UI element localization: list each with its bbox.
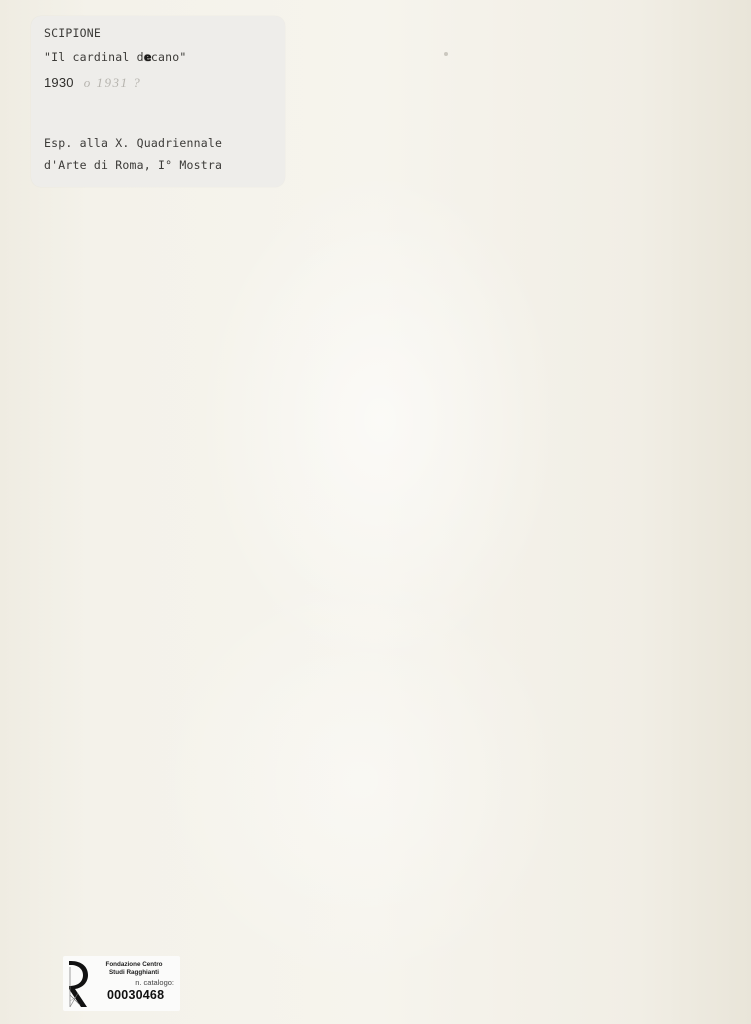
artwork-title: "Il cardinal decano"	[44, 50, 186, 64]
stamp-organization-line-1: Fondazione Centro	[93, 961, 175, 969]
photo-verso-page: SCIPIONE "Il cardinal decano" 1930o 1931…	[0, 0, 751, 1024]
paper-speck	[444, 52, 448, 56]
catalog-number: 00030468	[107, 988, 164, 1002]
artwork-year-line: 1930o 1931 ?	[44, 75, 141, 91]
artwork-title-prefix: "Il cardinal d	[44, 50, 144, 64]
catalog-stamp: Fondazione Centro Studi Ragghianti n. ca…	[63, 956, 180, 1011]
typewriter-overstrike: e	[144, 50, 151, 64]
ragghianti-r-logo-icon	[66, 959, 90, 1009]
exhibition-line-1: Esp. alla X. Quadriennale	[44, 136, 222, 150]
artwork-year: 1930	[44, 75, 74, 90]
stamp-organization-line-2: Studi Ragghianti	[93, 969, 175, 977]
catalog-number-label: n. catalogo:	[135, 978, 174, 987]
artwork-title-suffix: cano"	[151, 50, 187, 64]
artist-name: SCIPIONE	[44, 26, 101, 40]
handwritten-year-note: o 1931 ?	[84, 75, 142, 90]
exhibition-line-2: d'Arte di Roma, I° Mostra	[44, 158, 222, 172]
archival-label-card: SCIPIONE "Il cardinal decano" 1930o 1931…	[31, 16, 285, 187]
